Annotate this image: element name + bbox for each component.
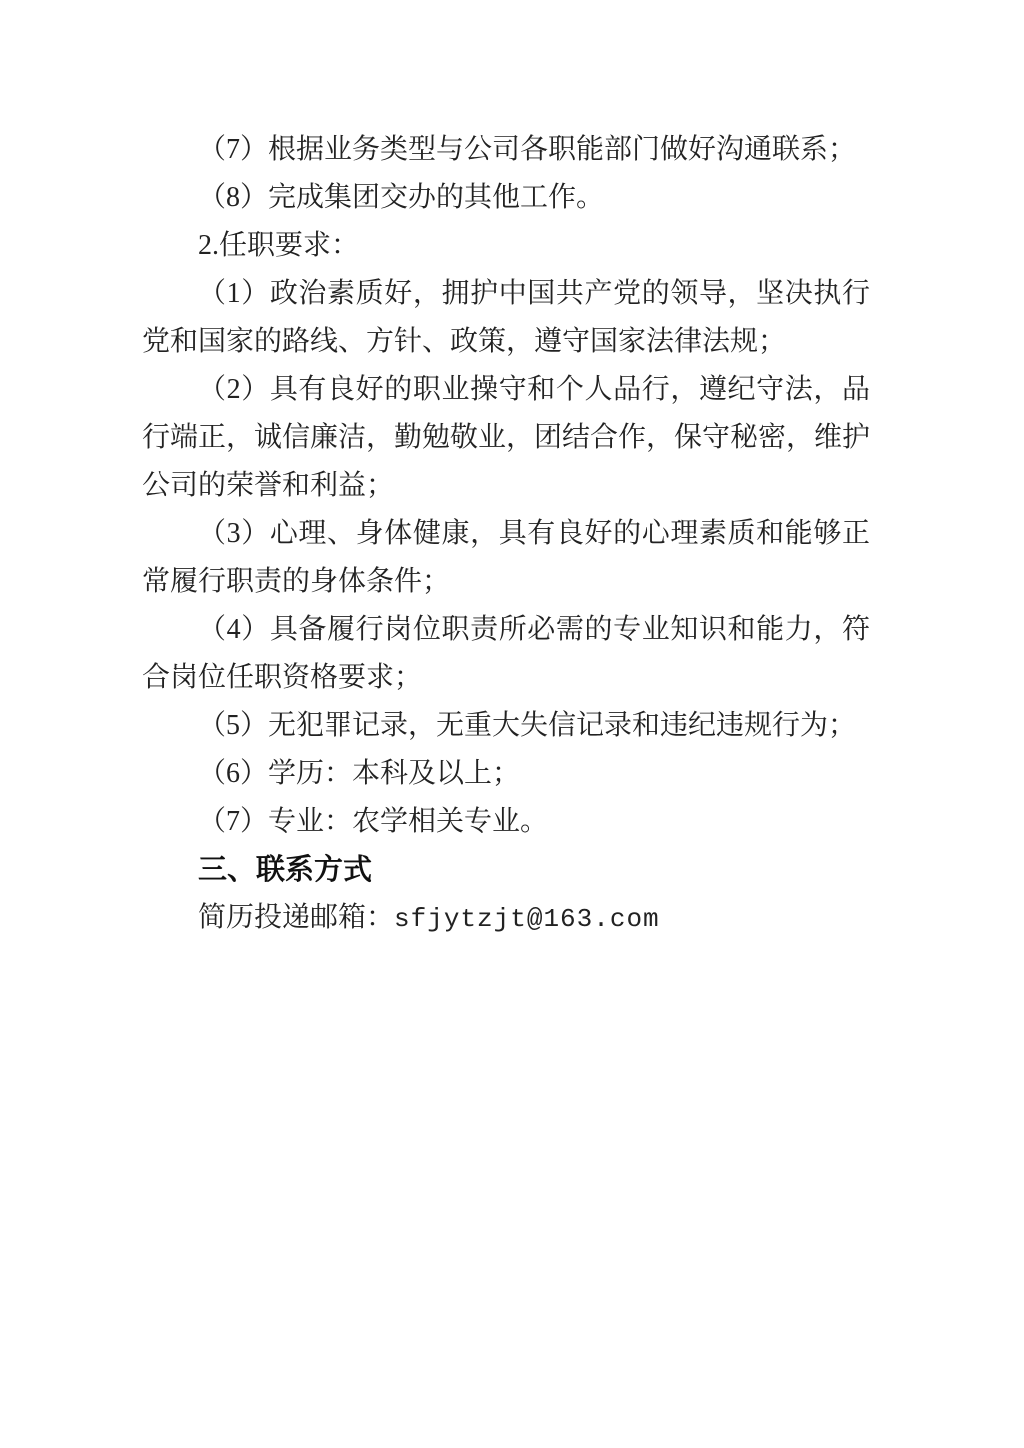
duty-clause-line: （8）完成集团交办的其他工作。 <box>142 174 870 222</box>
requirement-clause-line: （3）心理、身体健康，具有良好的心理素质和能够正 <box>142 510 870 558</box>
contact-email-label: 简历投递邮箱： <box>198 902 394 933</box>
requirement-clause-line: 常履行职责的身体条件； <box>142 558 870 606</box>
requirement-clause-line: 公司的荣誉和利益； <box>142 462 870 510</box>
requirement-clause-line: （7）专业：农学相关专业。 <box>142 798 870 846</box>
document-page: （7）根据业务类型与公司各职能部门做好沟通联系； （8）完成集团交办的其他工作。… <box>0 0 1024 1448</box>
requirement-clause-line: （4）具备履行岗位职责所必需的专业知识和能力，符 <box>142 606 870 654</box>
requirement-clause-line: 行端正，诚信廉洁，勤勉敬业，团结合作，保守秘密，维护 <box>142 414 870 462</box>
requirement-clause-line: 合岗位任职资格要求； <box>142 654 870 702</box>
contact-email-line: 简历投递邮箱：sfjytzjt@163.com <box>142 894 870 942</box>
requirement-clause-line: 党和国家的路线、方针、政策，遵守国家法律法规； <box>142 318 870 366</box>
contact-section-heading: 三、联系方式 <box>142 846 870 894</box>
requirements-subheading: 2.任职要求： <box>142 222 870 270</box>
document-text-block: （7）根据业务类型与公司各职能部门做好沟通联系； （8）完成集团交办的其他工作。… <box>142 126 870 942</box>
requirement-clause-line: （2）具有良好的职业操守和个人品行，遵纪守法，品 <box>142 366 870 414</box>
email-address: sfjytzjt@163.com <box>394 904 660 934</box>
requirement-clause-line: （6）学历：本科及以上； <box>142 750 870 798</box>
requirement-clause-line: （1）政治素质好，拥护中国共产党的领导，坚决执行 <box>142 270 870 318</box>
duty-clause-line: （7）根据业务类型与公司各职能部门做好沟通联系； <box>142 126 870 174</box>
requirement-clause-line: （5）无犯罪记录，无重大失信记录和违纪违规行为； <box>142 702 870 750</box>
